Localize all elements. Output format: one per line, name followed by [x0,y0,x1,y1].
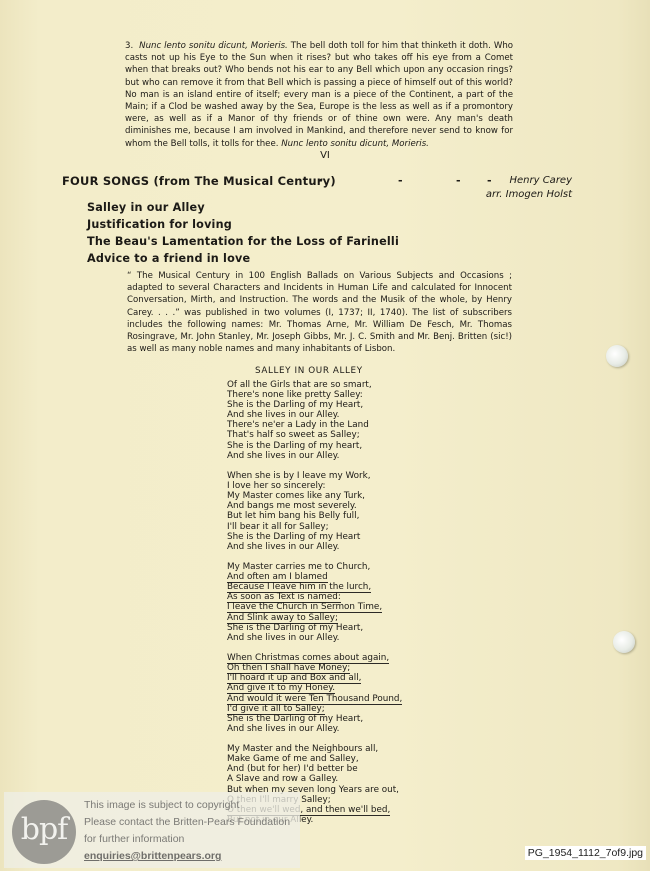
poem-line: And Slink away to Salley; [227,613,402,623]
song-title: Justification for loving [87,216,399,233]
paragraph-number: 3. [125,41,133,51]
composer-credit: Henry Carey arr. Imogen Holst [486,174,572,201]
poem-line: As soon as Text is named: [227,592,402,602]
poem-line: My Master and the Neighbours all, [227,744,402,754]
poem-line: And give it to my Honey. [227,683,402,693]
poem-line: A Slave and row a Galley. [227,774,402,784]
leader-dash: - [398,174,403,187]
poem-line: And would it were Ten Thousand Pound, [227,694,402,704]
poem-line: She is the Darling of my Heart, [227,714,402,724]
watermark-line: Please contact the Britten-Pears Foundat… [84,814,290,831]
poem-line: She is the Darling of my Heart, [227,623,402,633]
arranger-name: arr. Imogen Holst [486,188,572,202]
donne-quote-paragraph: 3. Nunc lento sonitu dicunt, Morieris. T… [125,40,513,150]
poem-line: Because I leave him in the lurch, [227,582,402,592]
poem-stanza: When Christmas comes about again,Oh then… [227,653,402,734]
composer-name: Henry Carey [486,174,572,188]
item-subtitle: (from The Musical Century) [153,174,335,188]
filename-label: PG_1954_1112_7of9.jpg [525,846,646,860]
watermark-line: for further information [84,831,290,848]
scanned-page: 3. Nunc lento sonitu dicunt, Morieris. T… [0,0,650,871]
poem-stanza: Of all the Girls that are so smart,There… [227,380,402,461]
poem-line: But let him bang his Belly full, [227,511,402,521]
punch-hole [606,345,628,367]
poem-line: And she lives in our Alley. [227,410,402,420]
poem-line: When she is by I leave my Work, [227,471,402,481]
poem-line: My Master carries me to Church, [227,562,402,572]
quote-body: The bell doth toll for him that thinketh… [125,41,513,149]
song-list: Salley in our Alley Justification for lo… [87,199,399,267]
poem-line: And she lives in our Alley. [227,542,402,552]
poem-stanza: My Master carries me to Church,And often… [227,562,402,643]
poem-line: There's ne'er a Lady in the Land [227,420,402,430]
section-number: VI [0,150,650,161]
poem-line: And she lives in our Alley. [227,633,402,643]
poem-line: Of all the Girls that are so smart, [227,380,402,390]
poem-stanza: When she is by I leave my Work,I love he… [227,471,402,552]
item-title: FOUR SONGS [62,174,149,188]
song-title: Advice to a friend in love [87,250,399,267]
poem-line: Oh then I shall have Money; [227,663,402,673]
watermark-line: This image is subject to copyright [84,797,290,814]
poem-line: And she lives in our Alley. [227,724,402,734]
poem-line: And she lives in our Alley. [227,451,402,461]
poem-line: And bangs me most severely. [227,501,402,511]
punch-hole [613,631,635,653]
poem-title: SALLEY IN OUR ALLEY [255,366,363,376]
poem-line: I leave the Church in Sermon Time, [227,602,402,612]
latin-phrase-close: Nunc lento sonitu dicunt, Morieris. [281,139,429,149]
poem-line: I'll bear it all for Salley; [227,522,402,532]
poem-line: When Christmas comes about again, [227,653,402,663]
poem-line: She is the Darling of my Heart, [227,400,402,410]
song-title: Salley in our Alley [87,199,399,216]
poem-line: She is the Darling of my Heart [227,532,402,542]
poem-line: There's none like pretty Salley: [227,390,402,400]
poem-line: She is the Darling of my heart, [227,441,402,451]
watermark-text: This image is subject to copyright Pleas… [84,797,290,865]
latin-phrase-open: Nunc lento sonitu dicunt, Morieris. [139,41,288,51]
programme-item-heading: FOUR SONGS (from The Musical Century) [62,174,336,188]
enquiries-email-link[interactable]: enquiries@brittenpears.org [84,848,290,865]
leader-dash: - [318,174,323,187]
poem-line: I'll hoard it up and Box and all, [227,673,402,683]
poem-line: My Master comes like any Turk, [227,491,402,501]
poem-line: And often am I blamed [227,572,402,582]
poem-line: I love her so sincerely: [227,481,402,491]
musical-century-note: “ The Musical Century in 100 English Bal… [127,270,512,355]
poem-line: Make Game of me and Salley, [227,754,402,764]
song-title: The Beau's Lamentation for the Loss of F… [87,233,399,250]
poem-text: Of all the Girls that are so smart,There… [227,380,402,835]
poem-line: And (but for her) I'd better be [227,764,402,774]
leader-dash: - [456,174,461,187]
bpf-logo: bpf [12,800,76,864]
poem-line: I'd give it all to Salley; [227,704,402,714]
poem-line: That's half so sweet as Salley; [227,430,402,440]
copyright-watermark: bpf This image is subject to copyright P… [4,792,300,868]
